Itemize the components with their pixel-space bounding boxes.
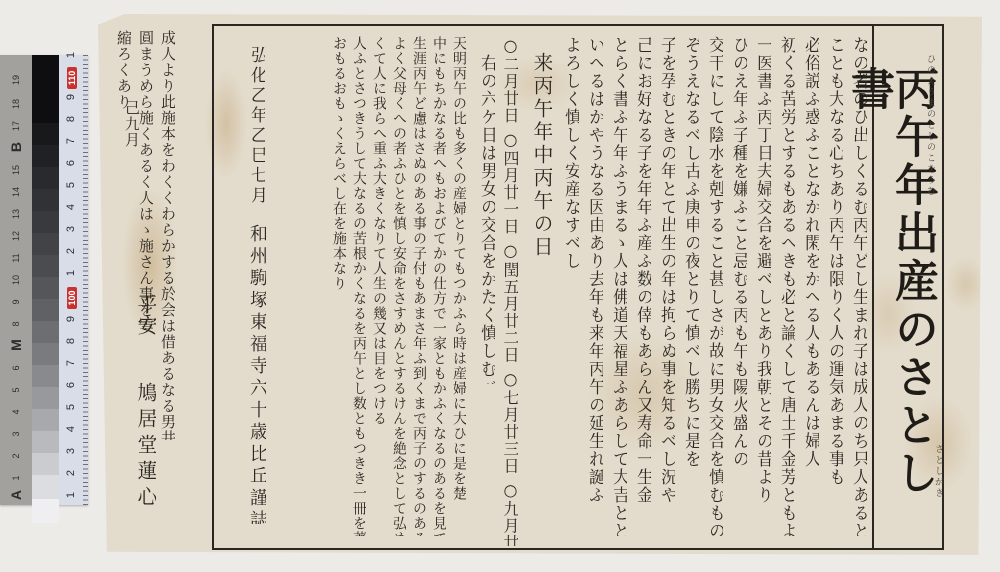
outer-note-line: 成人より此施本をわくくわらかする於会は借あるなる男井氏替を変ちもしもれを: [160, 30, 175, 440]
ruler-label: 6: [65, 375, 77, 395]
body-column: ぞうえなるべし古ふ庚申の夜とりて慎べし勝ちに是を: [682, 36, 699, 536]
ruler-label: 2: [65, 463, 77, 483]
ruler-label: 8: [65, 109, 77, 129]
body-column: 己にお好なる子を年年ふ産ふ数の倖もあらん又寿命一生金: [634, 36, 651, 536]
colophon-text: 人ふとさつきうして大なるの苦根かくなるを丙午とし数ともつきき一冊を著し: [352, 36, 366, 536]
body-column: いへるはかやうなる因由あり去年も来年丙午の延生れ誕ふ: [586, 36, 603, 536]
ruler-label: 1: [65, 45, 77, 65]
inauspicious-dates: ○二月廿日 ○四月廿一日 ○閏五月廿二日 ○七月廿三日 ○九月廿四日 ○十一月廿…: [502, 36, 518, 546]
body-column: 初くる苦労とするもあるへきも必と論くして唐土千金芳ともよ: [778, 36, 795, 536]
ruler-label: 1: [65, 263, 77, 283]
explanation-column: よく父母くへの者ふひとを慎し安命をさすめんとするけんを絶念として弘めく: [392, 36, 406, 536]
outer-note-date: 己九月: [124, 100, 139, 160]
body-column: 一医書ふ丙丁日夫婦交合を避べしとあり我朝とその昔より: [754, 36, 771, 536]
ruler-label: 7: [65, 353, 77, 373]
ruler-label: 6: [65, 153, 77, 173]
explanation-column: 生涯丙午ど慮はさぬのある事の子付もあまさ年ふ到くまで丙子のするのあるなり: [412, 36, 426, 536]
colophon-text: おもるおもゝくえらべし在を施本なり: [332, 36, 346, 336]
ruler-label: 9: [65, 87, 77, 107]
ruler-label: 4: [65, 419, 77, 439]
ruler-label: 9: [65, 309, 77, 329]
scale-label: 19: [11, 64, 21, 96]
ruler-label: 1: [65, 485, 77, 505]
body-column: ことも大なる心ちあり丙午は限りく人の運気あまる事も: [826, 36, 843, 536]
colophon-text: くて人に我らへ重ふ大きくなりて人生の幾又は目をつける: [372, 36, 386, 536]
title-furigana-lower: さとしがき: [932, 444, 945, 504]
body-column: なの者のひ出しくるむ丙午どし生まれ子は成人のち只人あると: [850, 36, 867, 536]
gray-scale-patches: [32, 55, 59, 505]
color-scale-card: A 1 2 3 4 5 6 M 8 9 10 11 12 13 14 15 B …: [0, 55, 88, 505]
ruler-label-highlight: 110: [67, 67, 77, 89]
ruler-label: 4: [65, 197, 77, 217]
woodblock-print-document: 成人より此施本をわくくわらかする於会は借あるなる男井氏替を変ちもしもれを 圓まう…: [98, 14, 982, 555]
explanation-column: 天明丙午の比も多くの産婦とりてもつかふら時は産婦に大ひに是を楚: [452, 36, 466, 536]
ruler-label: 5: [65, 175, 77, 195]
ruler-label: 8: [65, 331, 77, 351]
body-column: 子を孕むときの年とて出生の年は拘らぬ事を知るべし況や: [658, 36, 675, 536]
ruler-label: 7: [65, 131, 77, 151]
colophon-date: 弘化乙年乙巳七月: [248, 46, 265, 206]
ruler-label-highlight: 100: [67, 287, 77, 309]
notice-heading: 来丙午年中丙午の日: [532, 52, 552, 292]
publisher-name: 鳩居堂蓮心: [136, 382, 156, 522]
gray-scale-labels: A 1 2 3 4 5 6 M 8 9 10 11 12 13 14 15 B …: [0, 55, 32, 505]
title-furigana: ひのえうまのとしのこをうむ: [924, 54, 937, 314]
ruler-label: 3: [65, 219, 77, 239]
body-column: 必俗説ふ惑ふことなかれ閑をかへる人もあるんは婦人: [802, 36, 819, 536]
ruler-label: 3: [65, 441, 77, 461]
dates-instruction: 右の六ケ日は男女の交合をかたく慎しむべし: [478, 54, 495, 384]
body-column: 交干にして陰水を剋すること甚しさが故に男女交合を慎むもの: [706, 36, 723, 536]
explanation-column: 中にもちかなる者へもおよびてかの仕方で一家ともかふくなるのあるを見て: [432, 36, 446, 536]
measuring-ruler: 1 2 3 4 5 6 7 8 9 100 1 2 3 4 5 6 7 8 9 …: [59, 55, 88, 505]
body-column: ひのえ年ふ子種を嫌ふこと忌むる丙も午も陽火盛んの: [730, 36, 747, 536]
publisher-location: 平安: [136, 294, 156, 354]
ruler-label: 2: [65, 241, 77, 261]
colophon-author: 和州駒塚東福寺六十歳比丘謹誌: [248, 224, 266, 524]
ruler-label: 5: [65, 397, 77, 417]
body-column: とらく書ふ午年ふうまるゝ人は佛道天福星ふあらして大吉とと: [610, 36, 627, 536]
body-column: よろしく慎しく安産なすべし: [562, 36, 579, 316]
outer-note-line: 圓まうめら施くあるく人はゝ施さん事を雲からう出るものをも摺刻しく: [138, 30, 153, 330]
